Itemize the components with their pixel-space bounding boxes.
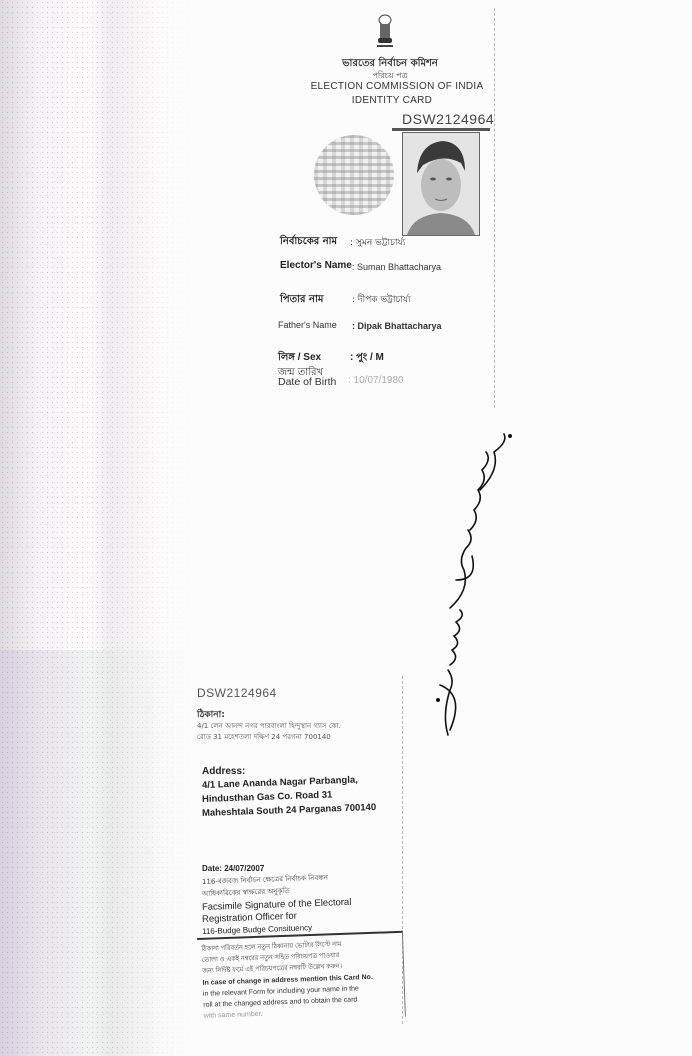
elector-photo xyxy=(402,132,480,236)
father-name-value: : Dipak Bhattacharya xyxy=(352,321,442,331)
hologram-seal xyxy=(314,135,394,215)
back-card-number: DSW2124964 xyxy=(197,686,277,700)
elector-name-label-bn: নির্বাচকের নাম xyxy=(280,234,337,251)
father-name-label: Father's Name xyxy=(278,320,337,330)
header-commission: ELECTION COMMISSION OF INDIA xyxy=(292,81,502,92)
address-bn-line: রোড 31 মহেশতলা দক্ষিণ 24 পরগনা 700140 xyxy=(197,731,331,743)
divider xyxy=(392,128,490,131)
dob-label: Date of Birth xyxy=(278,376,336,388)
notice-en-line: with same number. xyxy=(204,1011,263,1020)
notice-en-line: roll at the changed address and to obtai… xyxy=(203,996,357,1008)
scan-noise xyxy=(0,0,200,1056)
address-change-notice: ঠিকানা পরিবর্তন হলে নতুন ঠিকানায় ভোটার … xyxy=(197,931,406,1024)
card-number: DSW2124964 xyxy=(402,111,494,127)
address-line: Maheshtala South 24 Parganas 700140 xyxy=(202,802,377,819)
person-photo-icon xyxy=(403,133,479,235)
father-name-value-bn: : দীপক ভট্টাচার্য্য xyxy=(352,292,411,307)
elector-name-value-bn: : সুমন ভট্টাচার্য্য xyxy=(350,235,405,250)
header-identity-card: IDENTITY CARD xyxy=(292,95,492,106)
elector-name-value: : Suman Bhattacharya xyxy=(352,262,441,272)
national-emblem-icon xyxy=(374,14,396,50)
father-name-label-bn: পিতার নাম xyxy=(280,292,323,309)
elector-name-label: Elector's Name xyxy=(280,260,352,271)
elector-signature xyxy=(420,430,530,750)
address-line: 4/1 Lane Ananda Nagar Parbangla, xyxy=(202,775,358,791)
signature-caption-bn: আধিকারিকের স্বাক্ষরের অনুকৃতি xyxy=(202,885,290,900)
voter-id-back: DSW2124964 ঠিকানা: 4/1 লেন আনন্দ নগর পার… xyxy=(192,676,403,1024)
address-line: Hindusthan Gas Co. Road 31 xyxy=(202,789,333,805)
notice-en-line: in the relevant Form for including your … xyxy=(203,985,359,997)
voter-id-front: ভারতের নির্বাচন কমিশন পরিচয় পত্র ELECTI… xyxy=(262,8,495,408)
address-label: Address: xyxy=(202,766,245,777)
facsimile-caption: Registration Officer for xyxy=(202,911,297,925)
dob-value: : 10/07/1980 xyxy=(348,375,404,386)
sex-value: : পুং / M xyxy=(350,350,384,367)
issue-date: Date: 24/07/2007 xyxy=(202,864,264,873)
